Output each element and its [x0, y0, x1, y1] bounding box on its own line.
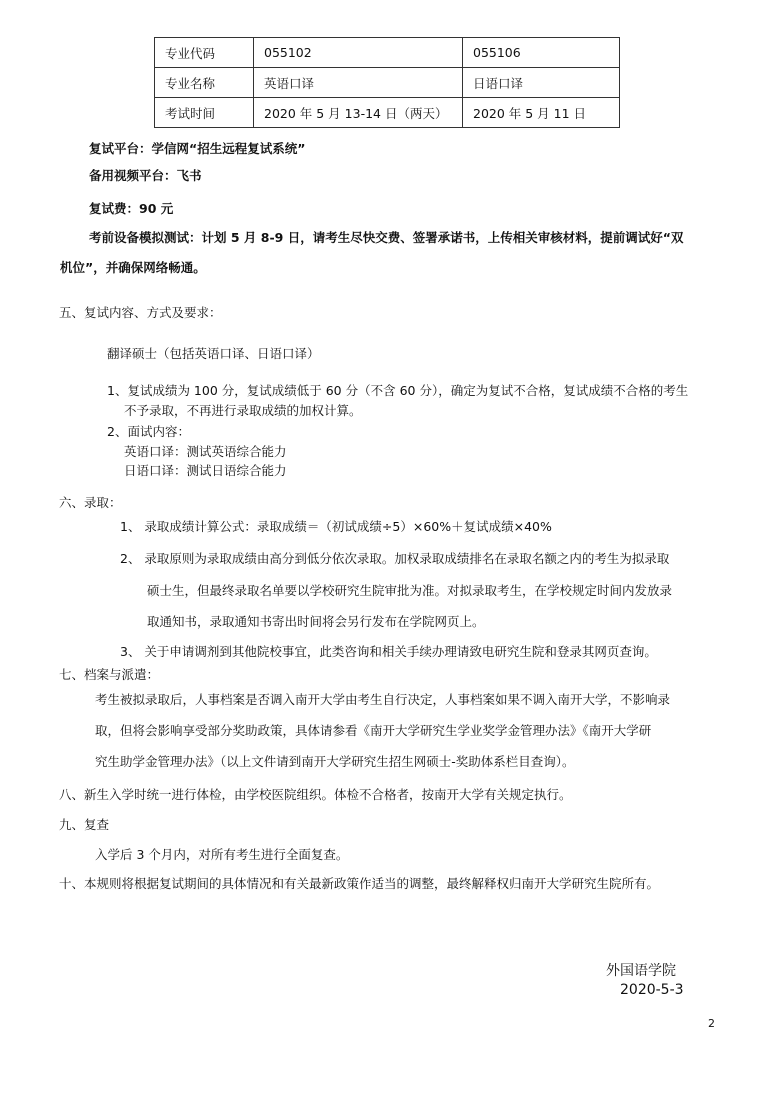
backup-platform-text: 备用视频平台：飞书 — [89, 168, 202, 184]
table-cell: 055106 — [463, 38, 620, 68]
section6-heading: 六、录取： — [59, 495, 122, 511]
device-test-text-cont: 机位”，并确保网络畅通。 — [60, 260, 206, 276]
signature-date: 2020-5-3 — [620, 982, 684, 998]
table-row: 专业代码 055102 055106 — [155, 38, 620, 68]
section5-item1-cont: 不予录取，不再进行录取成绩的加权计算。 — [124, 403, 362, 419]
table-cell: 055102 — [254, 38, 463, 68]
section8-text: 八、新生入学时统一进行体检，由学校医院组织。体检不合格者，按南开大学有关规定执行… — [59, 787, 572, 803]
section5-item2-japanese: 日语口译：测试日语综合能力 — [124, 463, 287, 479]
section7-line3: 究生助学金管理办法》（以上文件请到南开大学研究生招生网硕士-奖助体系栏目查询）。 — [95, 754, 575, 770]
major-info-table: 专业代码 055102 055106 专业名称 英语口译 日语口译 考试时间 2… — [154, 37, 620, 128]
section6-item2: 2、 录取原则为录取成绩由高分到低分依次录取。加权录取成绩排名在录取名额之内的考… — [120, 551, 669, 567]
section6-item2-cont2: 取通知书，录取通知书寄出时间将会另行发布在学院网页上。 — [147, 614, 485, 630]
section9-heading: 九、复查 — [59, 817, 109, 833]
section5-item2: 2、面试内容： — [107, 424, 190, 440]
section5-item1: 1、复试成绩为 100 分，复试成绩低于 60 分（不含 60 分），确定为复试… — [107, 383, 688, 399]
table-row: 考试时间 2020 年 5 月 13-14 日（两天） 2020 年 5 月 1… — [155, 98, 620, 128]
platform-text: 复试平台：学信网“招生远程复试系统” — [89, 141, 305, 157]
section7-line1: 考生被拟录取后，人事档案是否调入南开大学由考生自行决定，人事档案如果不调入南开大… — [95, 692, 670, 708]
table-cell: 2020 年 5 月 13-14 日（两天） — [254, 98, 463, 128]
table-cell: 2020 年 5 月 11 日 — [463, 98, 620, 128]
page-number: 2 — [708, 1017, 715, 1030]
device-test-text: 考前设备模拟测试：计划 5 月 8-9 日，请考生尽快交费、签署承诺书，上传相关… — [89, 230, 683, 246]
section9-text: 入学后 3 个月内，对所有考生进行全面复查。 — [95, 847, 348, 863]
table-row: 专业名称 英语口译 日语口译 — [155, 68, 620, 98]
section7-line2: 取，但将会影响享受部分奖助政策，具体请参看《南开大学研究生学业奖学金管理办法》《… — [95, 723, 651, 739]
section5-heading: 五、复试内容、方式及要求： — [59, 305, 222, 321]
table-cell: 英语口译 — [254, 68, 463, 98]
signature-org: 外国语学院 — [606, 960, 676, 980]
section5-subheading: 翻译硕士（包括英语口译、日语口译） — [107, 346, 320, 362]
table-cell: 日语口译 — [463, 68, 620, 98]
section7-heading: 七、档案与派遣： — [59, 667, 159, 683]
section6-item1: 1、 录取成绩计算公式：录取成绩＝（初试成绩÷5）×60%＋复试成绩×40% — [120, 519, 552, 535]
table-cell-label: 专业代码 — [155, 38, 254, 68]
table-cell-label: 专业名称 — [155, 68, 254, 98]
section6-item3: 3、 关于申请调剂到其他院校事宜，此类咨询和相关手续办理请致电研究生院和登录其网… — [120, 644, 657, 660]
section5-item2-english: 英语口译：测试英语综合能力 — [124, 444, 287, 460]
table-cell-label: 考试时间 — [155, 98, 254, 128]
section10-text: 十、本规则将根据复试期间的具体情况和有关最新政策作适当的调整，最终解释权归南开大… — [59, 876, 659, 892]
fee-text: 复试费：90 元 — [89, 201, 173, 217]
section6-item2-cont1: 硕士生，但最终录取名单要以学校研究生院审批为准。对拟录取考生，在学校规定时间内发… — [147, 583, 672, 599]
